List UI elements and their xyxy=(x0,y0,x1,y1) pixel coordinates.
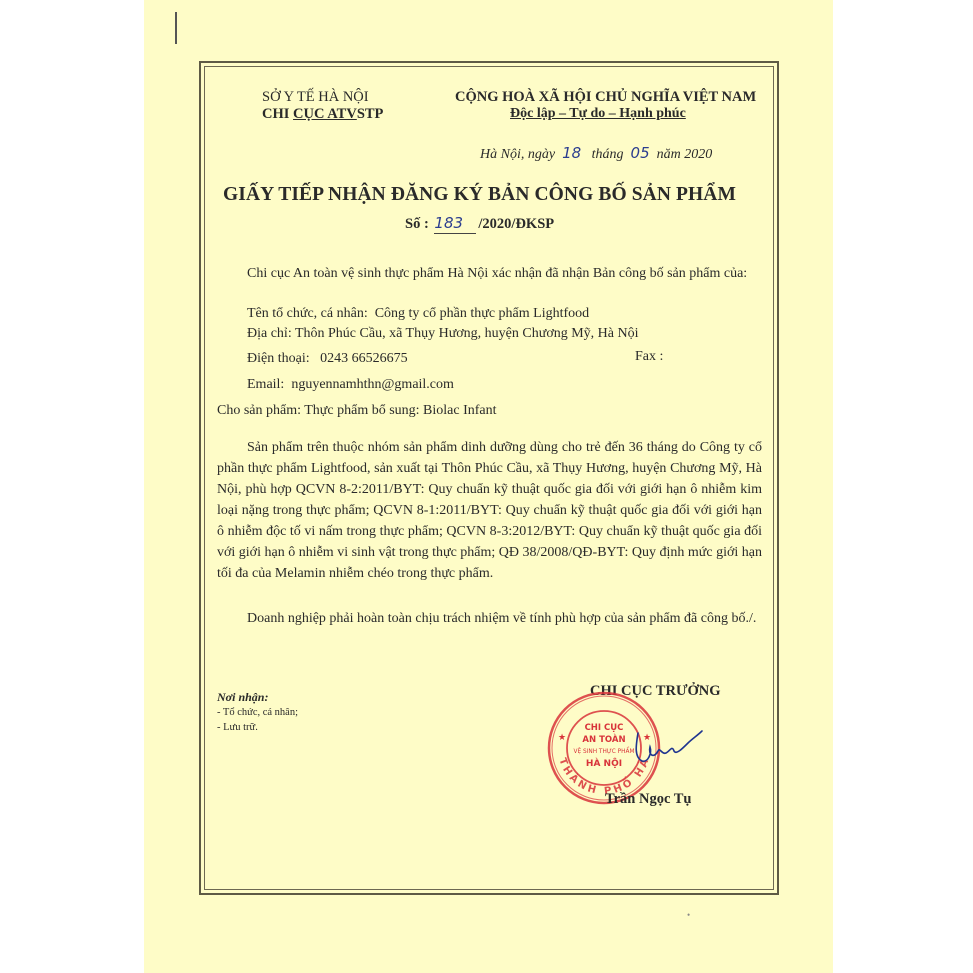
product-field: Cho sản phẩm: Thực phẩm bổ sung: Biolac … xyxy=(217,403,497,419)
pen-mark xyxy=(175,12,177,44)
org-value: Công ty cổ phần thực phẩm Lightfood xyxy=(375,306,589,321)
date-year: năm 2020 xyxy=(657,147,713,162)
date-month: 05 xyxy=(631,144,650,162)
svg-text:CHI CỤC: CHI CỤC xyxy=(585,723,624,733)
issuing-agency: CHI CỤC ATVSTP xyxy=(262,106,383,123)
svg-text:AN TOÀN: AN TOÀN xyxy=(582,733,625,745)
national-title: CỘNG HOÀ XÃ HỘI CHỦ NGHĨA VIỆT NAM xyxy=(455,89,756,106)
agency-suffix: STP xyxy=(357,106,384,122)
phone-field: Điện thoại: 0243 66526675 xyxy=(247,351,408,367)
date-month-label: tháng xyxy=(592,147,624,162)
scan-speck: • xyxy=(687,910,690,920)
agency-underlined: CỤC ATV xyxy=(293,106,357,122)
email-label: Email: xyxy=(247,377,284,392)
number-suffix: /2020/ĐKSP xyxy=(478,216,554,232)
number-value: 183 xyxy=(434,214,463,232)
recipient-item: - Tổ chức, cá nhân; xyxy=(217,707,298,718)
org-label: Tên tổ chức, cá nhân: xyxy=(247,306,368,321)
agency-prefix: CHI xyxy=(262,106,293,122)
responsibility-paragraph: Doanh nghiệp phải hoàn toàn chịu trách n… xyxy=(217,602,762,636)
signer-name: Trần Ngọc Tụ xyxy=(605,791,691,808)
address-value: Thôn Phúc Cầu, xã Thụy Hương, huyện Chươ… xyxy=(295,326,639,341)
recipients-title: Nơi nhận: xyxy=(217,690,268,705)
org-field: Tên tổ chức, cá nhân: Công ty cổ phần th… xyxy=(247,306,589,322)
intro-paragraph: Chi cục An toàn vệ sinh thực phẩm Hà Nội… xyxy=(217,263,762,284)
recipient-item: - Lưu trữ. xyxy=(217,722,258,733)
number-label: Số : xyxy=(405,216,429,232)
email-value: nguyennamhthn@gmail.com xyxy=(291,377,454,392)
document-number: Số : 183/2020/ĐKSP xyxy=(405,214,554,234)
svg-text:★: ★ xyxy=(558,733,566,743)
national-motto: Độc lập – Tự do – Hạnh phúc xyxy=(510,106,686,122)
document-title: GIẤY TIẾP NHẬN ĐĂNG KÝ BẢN CÔNG BỐ SẢN P… xyxy=(223,184,736,206)
svg-text:HÀ NỘI: HÀ NỘI xyxy=(586,757,622,769)
phone-value: 0243 66526675 xyxy=(320,351,408,366)
issuing-department: SỞ Y TẾ HÀ NỘI xyxy=(262,89,369,106)
product-value: Thực phẩm bổ sung: Biolac Infant xyxy=(304,403,496,418)
phone-label: Điện thoại: xyxy=(247,351,310,366)
svg-text:VỆ SINH THỰC PHẨM: VỆ SINH THỰC PHẨM xyxy=(574,747,635,755)
address-field: Địa chỉ: Thôn Phúc Cầu, xã Thụy Hương, h… xyxy=(247,326,639,342)
date-day: 18 xyxy=(562,144,581,162)
product-label: Cho sản phẩm: xyxy=(217,403,301,418)
date-line: Hà Nội, ngày 18 tháng 05 năm 2020 xyxy=(480,144,712,163)
signature-icon xyxy=(630,725,705,770)
fax-label: Fax : xyxy=(635,349,663,365)
date-prefix: Hà Nội, ngày xyxy=(480,147,555,162)
compliance-paragraph: Sản phẩm trên thuộc nhóm sản phẩm dinh d… xyxy=(217,437,762,584)
email-field: Email: nguyennamhthn@gmail.com xyxy=(247,377,454,393)
address-label: Địa chỉ: xyxy=(247,326,292,341)
